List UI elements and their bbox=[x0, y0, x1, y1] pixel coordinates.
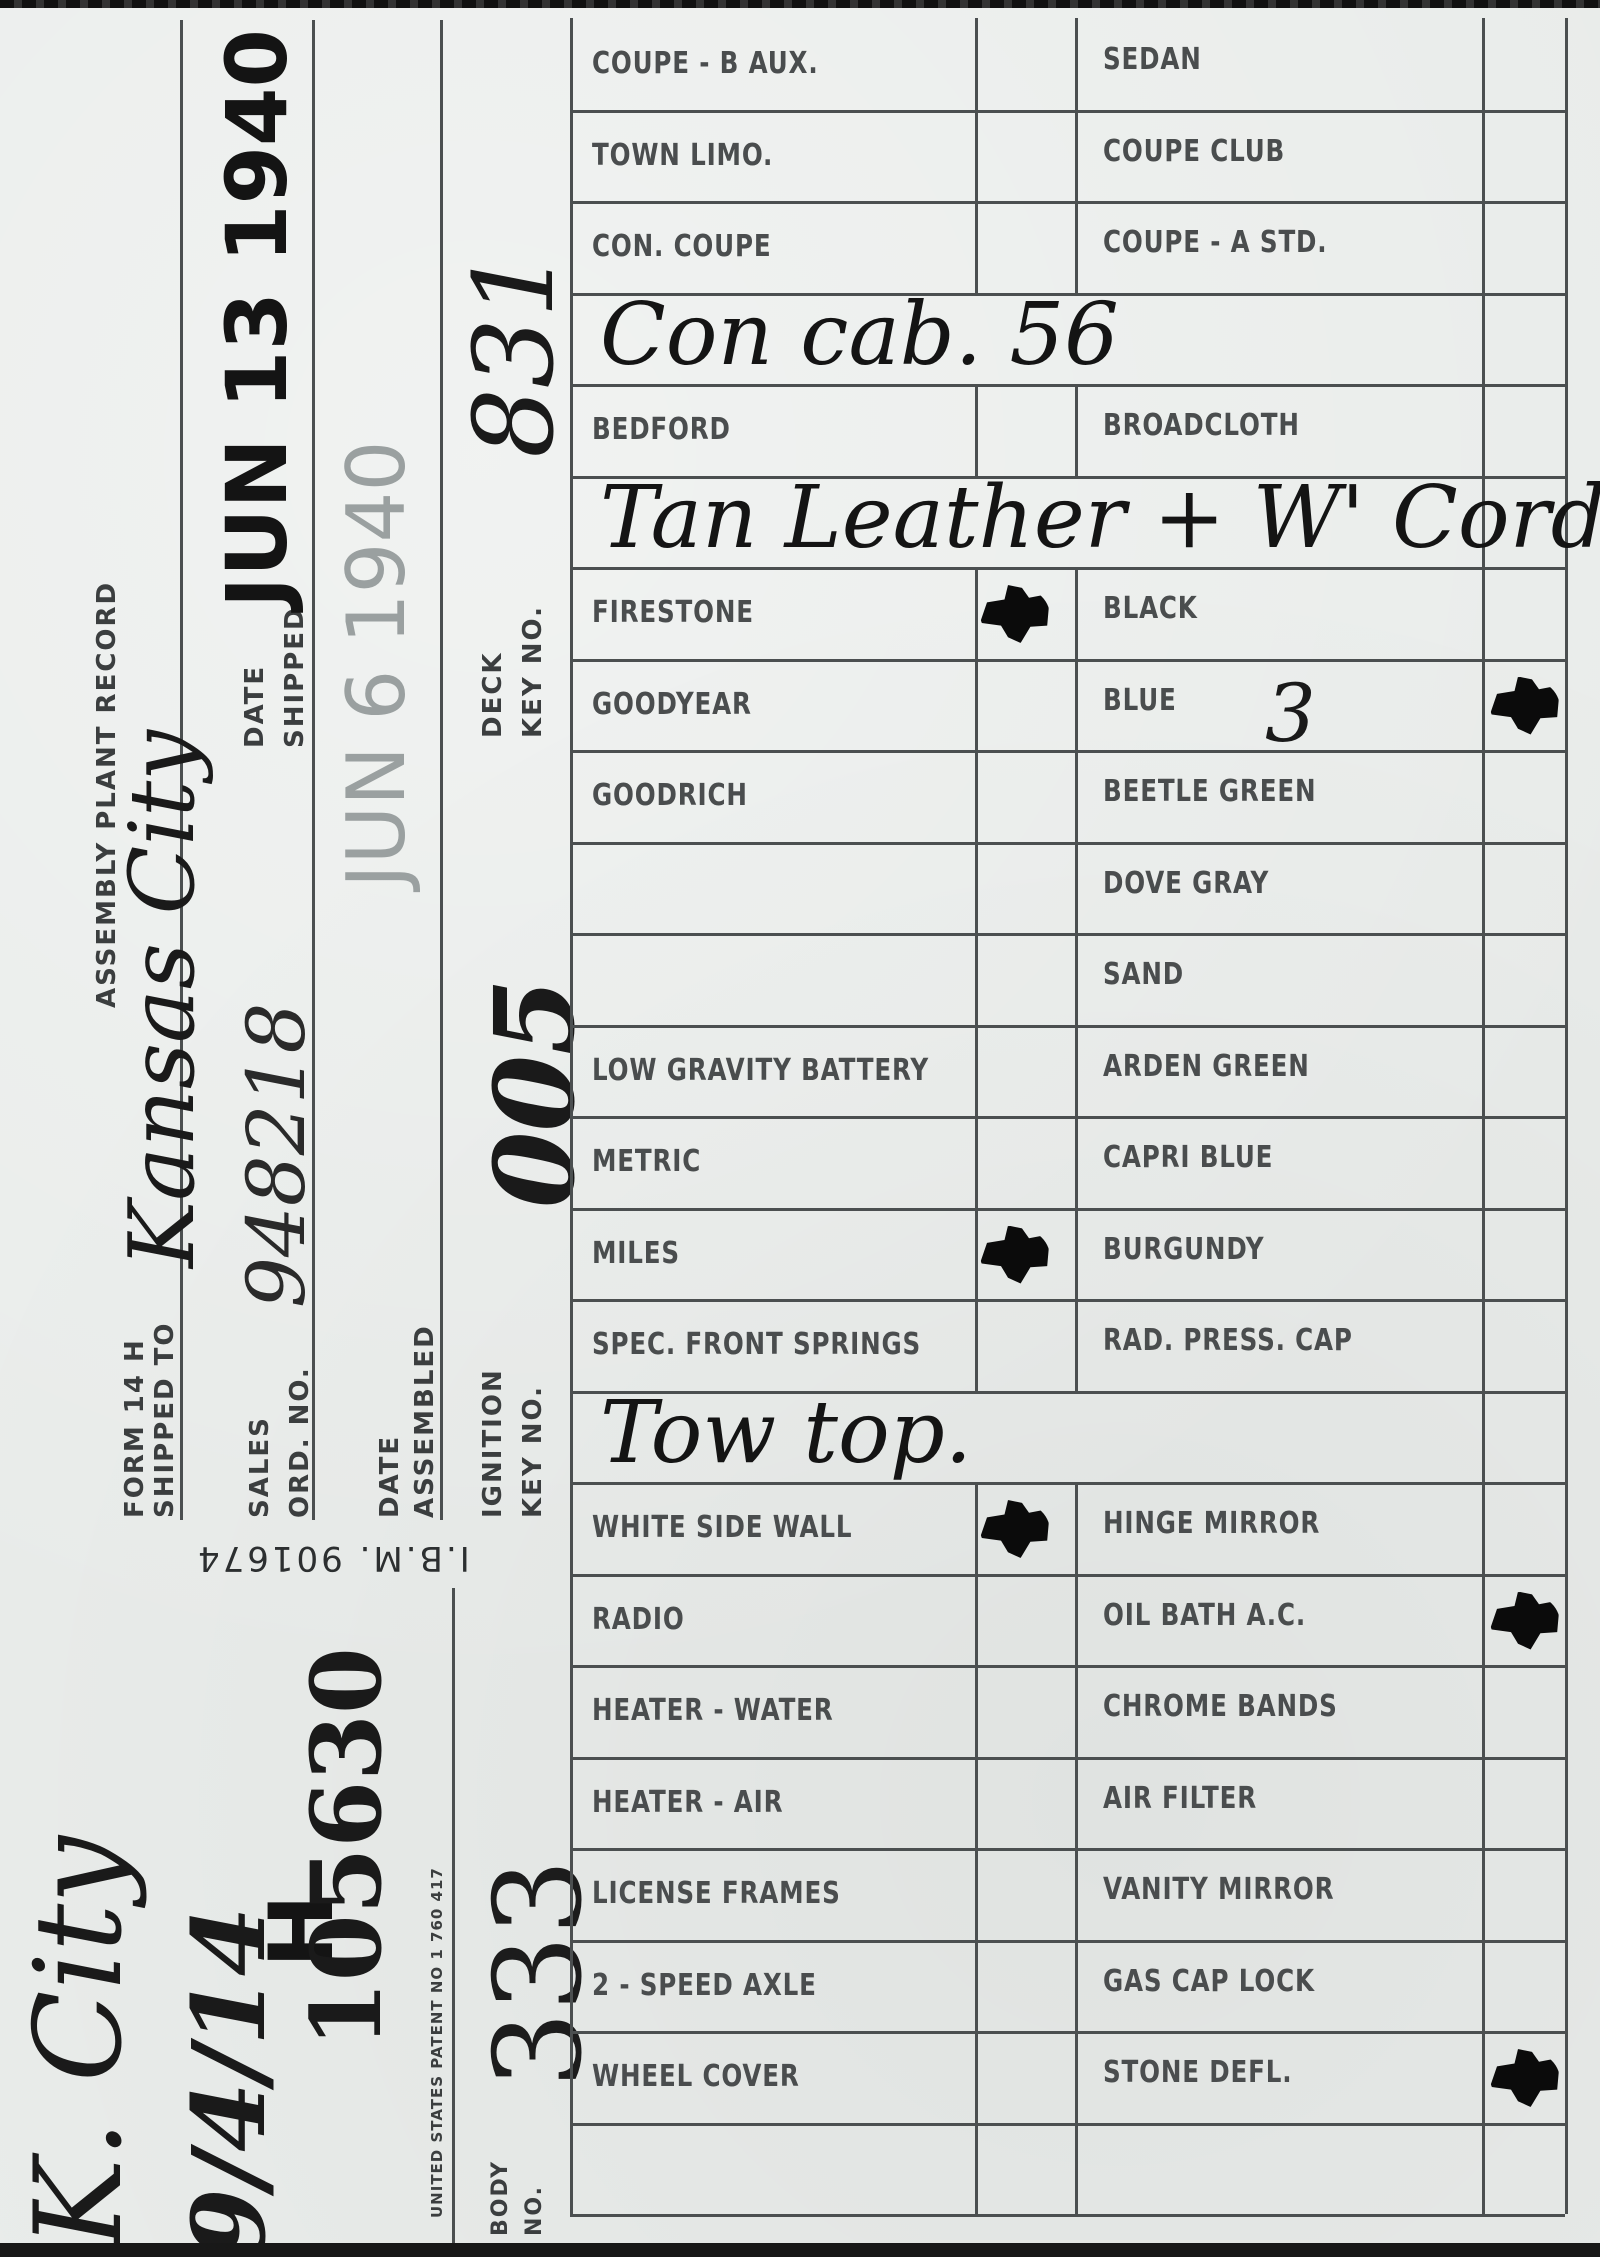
option-left-checkbox[interactable] bbox=[979, 846, 1071, 930]
left-mark-divider bbox=[975, 1574, 978, 1666]
row-divider bbox=[570, 1665, 1565, 1668]
option-left-label: SPEC. FRONT SPRINGS bbox=[592, 1327, 921, 1362]
sales-ord-value: 948218 bbox=[230, 1003, 323, 1308]
form-id-label: FORM 14 H bbox=[120, 1338, 150, 1518]
option-left-checkbox[interactable] bbox=[979, 114, 1071, 198]
option-left-checkbox[interactable] bbox=[979, 388, 1071, 472]
right-label-divider bbox=[1075, 567, 1078, 659]
option-left-label: TOWN LIMO. bbox=[592, 138, 773, 173]
left-mark-divider bbox=[975, 1025, 978, 1117]
option-left-label: METRIC bbox=[592, 1144, 701, 1179]
option-right-label: BURGUNDY bbox=[1103, 1232, 1264, 1267]
option-right-checkbox[interactable] bbox=[1486, 1761, 1561, 1845]
row-divider bbox=[570, 933, 1565, 936]
row-divider bbox=[570, 2214, 1565, 2217]
option-right-checkbox[interactable] bbox=[1486, 1029, 1561, 1113]
left-mark-divider bbox=[975, 2031, 978, 2123]
right-label-divider bbox=[1075, 933, 1078, 1025]
option-right-label: CHROME BANDS bbox=[1103, 1689, 1338, 1724]
left-mark-divider bbox=[975, 750, 978, 842]
option-right-label: VANITY MIRROR bbox=[1103, 1872, 1334, 1907]
option-right-checkbox[interactable] bbox=[1486, 114, 1561, 198]
right-label-divider bbox=[1075, 1665, 1078, 1757]
date-annotation: 9/4/14 bbox=[170, 1907, 288, 2257]
option-right-checkbox[interactable] bbox=[1486, 1669, 1561, 1753]
option-left-label: CON. COUPE bbox=[592, 229, 771, 264]
row-divider bbox=[570, 659, 1565, 662]
row-divider bbox=[570, 201, 1565, 204]
option-right-checkbox[interactable] bbox=[1486, 846, 1561, 930]
left-mark-divider bbox=[975, 1208, 978, 1300]
left-mark-divider bbox=[975, 1482, 978, 1574]
option-left-checkbox[interactable] bbox=[979, 2127, 1071, 2211]
option-right-label: SAND bbox=[1103, 957, 1184, 992]
option-left-checkbox[interactable] bbox=[979, 754, 1071, 838]
left-mark-divider bbox=[975, 1940, 978, 2032]
right-label-divider bbox=[1075, 1757, 1078, 1849]
option-right-label: ARDEN GREEN bbox=[1103, 1049, 1310, 1084]
left-mark-divider bbox=[975, 110, 978, 202]
right-label-divider bbox=[1075, 1208, 1078, 1300]
handwritten-row: Tan Leather + W' Cord bbox=[600, 468, 1600, 568]
option-right-checkbox[interactable] bbox=[1486, 571, 1561, 655]
option-right-checkbox[interactable] bbox=[1486, 1852, 1561, 1936]
city-annotation: K. City bbox=[10, 1836, 149, 2248]
row-divider bbox=[570, 1940, 1565, 1943]
option-left-label: LICENSE FRAMES bbox=[592, 1876, 841, 1911]
left-mark-divider bbox=[975, 2123, 978, 2215]
option-left-checkbox[interactable] bbox=[979, 1669, 1071, 1753]
serial-number: 105630 bbox=[290, 1647, 403, 2048]
right-label-divider bbox=[1075, 1299, 1078, 1391]
option-right-label: HINGE MIRROR bbox=[1103, 1506, 1320, 1541]
left-mark-divider bbox=[975, 842, 978, 934]
row-divider bbox=[570, 110, 1565, 113]
option-left-label: HEATER - AIR bbox=[592, 1785, 783, 1820]
option-left-label: GOODYEAR bbox=[592, 687, 752, 722]
divider-body bbox=[452, 1588, 455, 2248]
option-right-label: CAPRI BLUE bbox=[1103, 1140, 1273, 1175]
option-left-label: MILES bbox=[592, 1236, 680, 1271]
option-left-label: WHITE SIDE WALL bbox=[592, 1510, 852, 1545]
row-divider bbox=[570, 1116, 1565, 1119]
left-mark-divider bbox=[975, 567, 978, 659]
option-left-label: COUPE - B AUX. bbox=[592, 46, 818, 81]
card-bottom-edge bbox=[0, 2243, 1600, 2257]
option-left-checkbox[interactable] bbox=[979, 1852, 1071, 1936]
row-divider bbox=[570, 1025, 1565, 1028]
left-mark-divider bbox=[975, 1116, 978, 1208]
option-right-label: DOVE GRAY bbox=[1103, 866, 1269, 901]
date-assembled-value: JUN 6 1940 bbox=[330, 441, 423, 888]
row-divider bbox=[570, 2031, 1565, 2034]
option-right-label: RAD. PRESS. CAP bbox=[1103, 1323, 1353, 1358]
ignition-key-label-2: KEY NO. bbox=[518, 1385, 548, 1518]
left-mark-divider bbox=[975, 1848, 978, 1940]
right-label-divider bbox=[1075, 201, 1078, 293]
sales-ord-label-2: ORD. NO. bbox=[285, 1366, 315, 1518]
option-right-label: GAS CAP LOCK bbox=[1103, 1964, 1315, 1999]
right-label-divider bbox=[1075, 2031, 1078, 2123]
divider-assembled bbox=[440, 20, 443, 1520]
option-right-label: STONE DEFL. bbox=[1103, 2055, 1292, 2090]
right-label-divider bbox=[1075, 842, 1078, 934]
option-right-checkbox[interactable] bbox=[1486, 1120, 1561, 1204]
option-left-label: WHEEL COVER bbox=[592, 2059, 800, 2094]
row-divider bbox=[570, 842, 1565, 845]
row-divider bbox=[570, 1757, 1565, 1760]
option-right-label: AIR FILTER bbox=[1103, 1781, 1257, 1816]
option-left-checkbox[interactable] bbox=[979, 937, 1071, 1021]
patent-notice: UNITED STATES PATENT NO 1 760 417 bbox=[428, 1867, 446, 2218]
option-left-checkbox[interactable] bbox=[979, 1029, 1071, 1113]
right-label-divider bbox=[1075, 2123, 1078, 2215]
option-left-checkbox[interactable] bbox=[979, 1120, 1071, 1204]
option-left-checkbox[interactable] bbox=[979, 1578, 1071, 1662]
sales-ord-label-1: SALES bbox=[245, 1416, 275, 1518]
right-label-divider bbox=[1075, 110, 1078, 202]
option-right-checkbox[interactable] bbox=[1486, 2127, 1561, 2211]
option-right-label: BROADCLOTH bbox=[1103, 408, 1300, 443]
assembly-plant-record-card: ASSEMBLY PLANT RECORD FORM 14 H SHIPPED … bbox=[0, 8, 1600, 2248]
left-mark-divider bbox=[975, 659, 978, 751]
date-shipped-value: JUN 13 1940 bbox=[208, 29, 306, 608]
ignition-key-label-1: IGNITION bbox=[478, 1368, 508, 1518]
option-right-checkbox[interactable] bbox=[1486, 1212, 1561, 1296]
left-mark-divider bbox=[975, 1299, 978, 1391]
right-label-divider bbox=[1075, 1116, 1078, 1208]
option-right-checkbox[interactable] bbox=[1486, 1944, 1561, 2028]
option-left-checkbox[interactable] bbox=[979, 22, 1071, 106]
option-right-label: OIL BATH A.C. bbox=[1103, 1598, 1306, 1633]
left-mark-divider bbox=[975, 1757, 978, 1849]
option-left-label: FIRESTONE bbox=[592, 595, 754, 630]
option-left-checkbox[interactable] bbox=[979, 1303, 1071, 1387]
row-divider bbox=[570, 2123, 1565, 2126]
option-right-label: BLACK bbox=[1103, 591, 1198, 626]
row-divider bbox=[570, 750, 1565, 753]
option-right-checkbox[interactable] bbox=[1486, 22, 1561, 106]
option-right-checkbox[interactable] bbox=[1486, 1486, 1561, 1570]
date-shipped-label-2: SHIPPED bbox=[280, 606, 310, 748]
ignition-key-value: 005 bbox=[470, 978, 599, 1208]
right-label-divider bbox=[1075, 1025, 1078, 1117]
right-label-divider bbox=[1075, 18, 1078, 110]
option-right-checkbox[interactable] bbox=[1486, 388, 1561, 472]
option-right-checkbox[interactable] bbox=[1486, 205, 1561, 289]
handwritten-row: Tow top. bbox=[600, 1383, 972, 1483]
row-divider bbox=[570, 1208, 1565, 1211]
option-right-checkbox[interactable] bbox=[1486, 937, 1561, 1021]
option-right-label: BLUE bbox=[1103, 683, 1177, 718]
option-left-checkbox[interactable] bbox=[979, 663, 1071, 747]
row-divider bbox=[570, 1299, 1565, 1302]
option-left-label: BEDFORD bbox=[592, 412, 731, 447]
body-no-value: 333 bbox=[470, 1859, 609, 2088]
left-mark-divider bbox=[975, 201, 978, 293]
option-left-label: RADIO bbox=[592, 1602, 685, 1637]
left-mark-divider bbox=[975, 1665, 978, 1757]
deck-key-label-2: KEY NO. bbox=[518, 605, 548, 738]
deck-key-label-1: DECK bbox=[478, 651, 508, 738]
option-left-checkbox[interactable] bbox=[979, 1761, 1071, 1845]
option-left-label: GOODRICH bbox=[592, 778, 748, 813]
date-shipped-label-1: DATE bbox=[240, 665, 270, 748]
deck-key-value: 831 bbox=[450, 248, 578, 458]
body-no-label-1: BODY bbox=[486, 2160, 516, 2236]
row-divider bbox=[570, 1848, 1565, 1851]
date-assembled-label-2: ASSEMBLED bbox=[410, 1324, 440, 1518]
option-right-label: SEDAN bbox=[1103, 42, 1202, 77]
left-mark-divider bbox=[975, 933, 978, 1025]
row-divider bbox=[570, 1574, 1565, 1577]
right-label-divider bbox=[1075, 750, 1078, 842]
option-left-checkbox[interactable] bbox=[979, 2035, 1071, 2119]
shipped-to-value: Kansas City bbox=[110, 730, 215, 1268]
option-left-label: HEATER - WATER bbox=[592, 1693, 834, 1728]
right-label-divider bbox=[1075, 1848, 1078, 1940]
date-assembled-label-1: DATE bbox=[375, 1435, 405, 1518]
ibm-code: I.B.M. 901674 bbox=[195, 1538, 470, 1578]
option-left-checkbox[interactable] bbox=[979, 205, 1071, 289]
handwritten-row: Con cab. 56 bbox=[600, 285, 1119, 385]
right-label-divider bbox=[1075, 1574, 1078, 1666]
right-label-divider bbox=[1075, 1940, 1078, 2032]
option-right-checkbox[interactable] bbox=[1486, 1303, 1561, 1387]
handwritten-note: 3 bbox=[1265, 667, 1316, 760]
right-label-divider bbox=[1075, 1482, 1078, 1574]
option-left-label: 2 - SPEED AXLE bbox=[592, 1968, 817, 2003]
option-right-label: COUPE - A STD. bbox=[1103, 225, 1327, 260]
shipped-to-label: SHIPPED TO bbox=[150, 1321, 180, 1518]
option-left-checkbox[interactable] bbox=[979, 1944, 1071, 2028]
table-right-border bbox=[1565, 18, 1568, 2214]
option-right-label: BEETLE GREEN bbox=[1103, 774, 1316, 809]
body-no-label-2: NO. bbox=[520, 2185, 550, 2236]
left-mark-divider bbox=[975, 18, 978, 110]
option-right-label: COUPE CLUB bbox=[1103, 134, 1285, 169]
right-label-divider bbox=[1075, 384, 1078, 476]
option-right-checkbox[interactable] bbox=[1486, 754, 1561, 838]
right-label-divider bbox=[1075, 659, 1078, 751]
option-left-label: LOW GRAVITY BATTERY bbox=[592, 1053, 929, 1088]
left-mark-divider bbox=[975, 384, 978, 476]
